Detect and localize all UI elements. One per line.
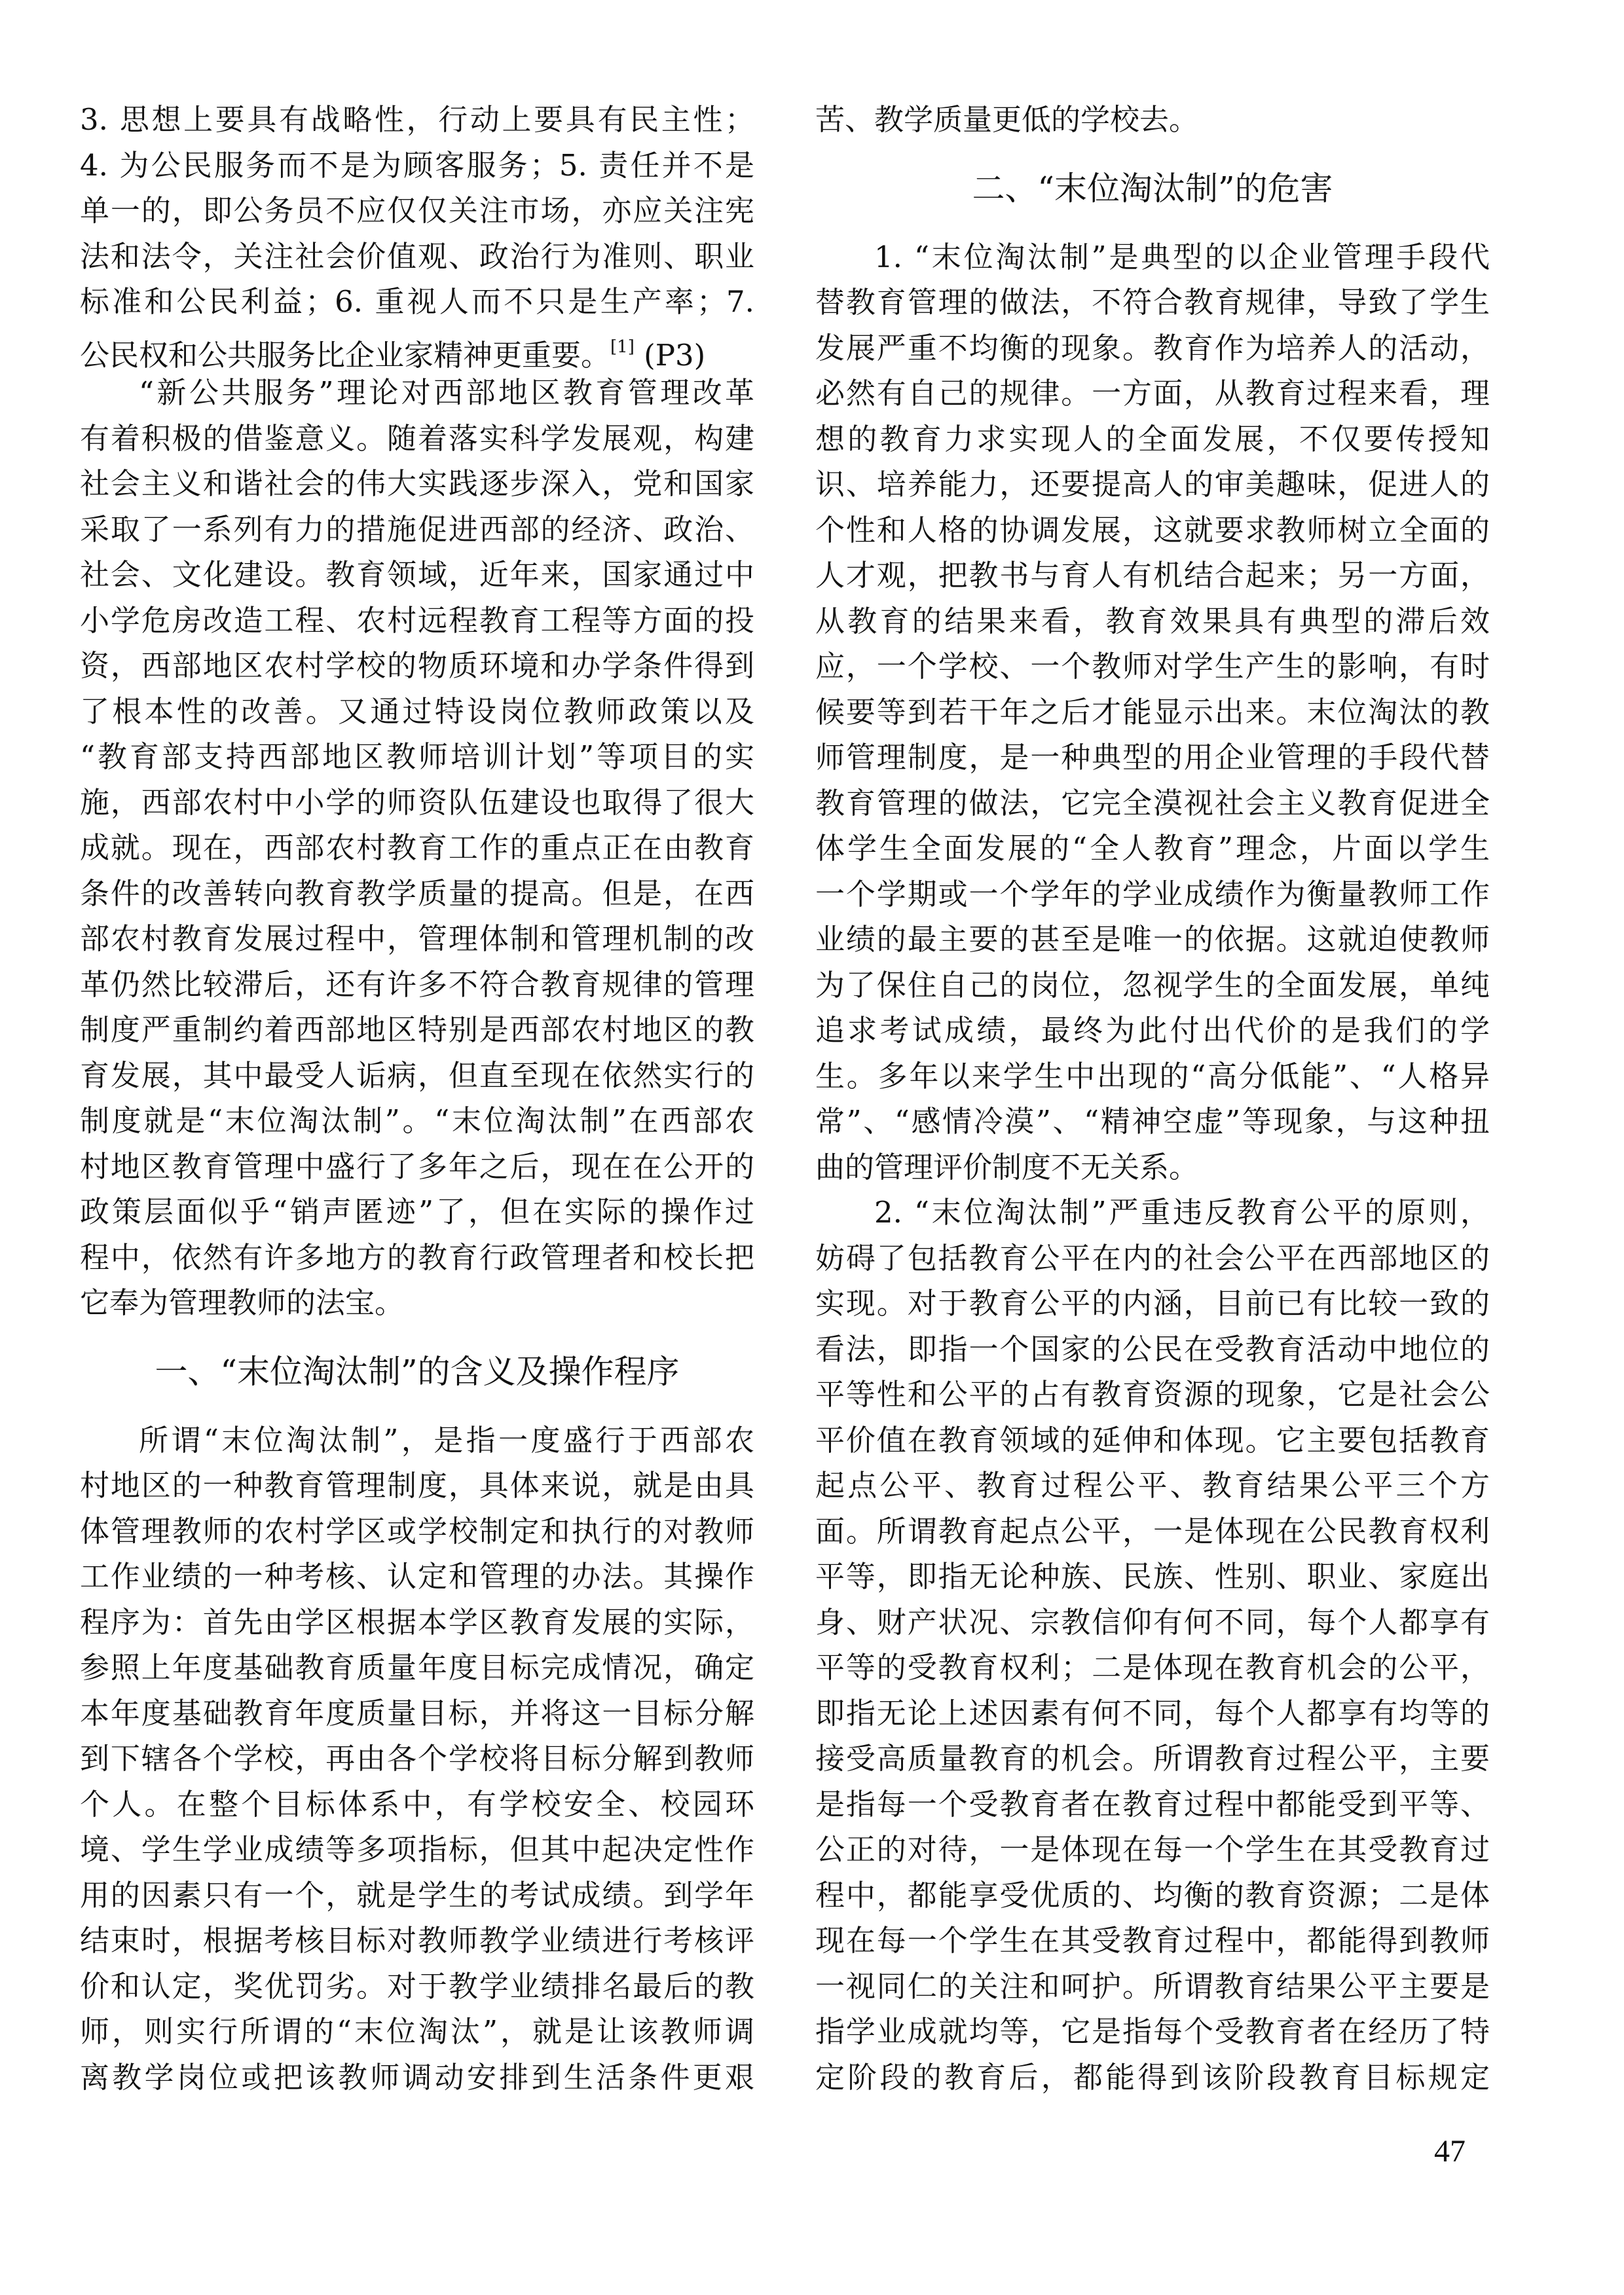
text-line: 必然有自己的规律。一方面，从教育过程来看，理 (815, 371, 1490, 416)
text-line: 离教学岗位或把该教师调动安排到生活条件更艰 (80, 2055, 754, 2101)
text-line: 村地区的一种教育管理制度，具体来说，就是由具 (80, 1463, 754, 1509)
section-heading-2: 二、“末位淘汰制”的危害 (815, 143, 1490, 234)
paragraph-harm-2: 2. “末位淘汰制”严重违反教育公平的原则， 妨碍了包括教育公平在内的社会公平在… (815, 1190, 1490, 2100)
text-line: 一视同仁的关注和呵护。所谓教育结果公平主要是 (815, 1964, 1490, 2010)
text-line: 为了保住自己的岗位，忽视学生的全面发展，单纯 (815, 963, 1490, 1008)
text-line: 定阶段的教育后，都能得到该阶段教育目标规定 (815, 2055, 1490, 2101)
text-line: 程序为：首先由学区根据本学区教育发展的实际， (80, 1600, 754, 1645)
text-line: 曲的管理评价制度不无关系。 (815, 1145, 1490, 1190)
text-line: 一个学期或一个学年的学业成绩作为衡量教师工作 (815, 872, 1490, 917)
text-line: 境、学生学业成绩等多项指标，但其中起决定性作 (80, 1827, 754, 1873)
text-line: 单一的，即公务员不应仅仅关注市场，亦应关注宪 (80, 188, 754, 234)
text-line: 现在每一个学生在其受教育过程中，都能得到教师 (815, 1918, 1490, 1964)
text-line: 体学生全面发展的“全人教育”理念，片面以学生 (815, 826, 1490, 872)
text-line: 2. “末位淘汰制”严重违反教育公平的原则， (815, 1190, 1490, 1236)
text-line: 了根本性的改善。又通过特设岗位教师政策以及 (80, 689, 754, 735)
text-line: 从教育的结果来看，教育效果具有典型的滞后效 (815, 598, 1490, 644)
text-line: 个人。在整个目标体系中，有学校安全、校园环 (80, 1782, 754, 1827)
text-line: 施，西部农村中小学的师资队伍建设也取得了很大 (80, 780, 754, 826)
text-line: 公正的对待，一是体现在每一个学生在其受教育过 (815, 1827, 1490, 1873)
text-line: 发展严重不均衡的现象。教育作为培养人的活动， (815, 325, 1490, 371)
text-line: 常”、“感情冷漠”、“精神空虚”等现象，与这种扭 (815, 1099, 1490, 1145)
paragraph-definition: 所谓“末位淘汰制”，是指一度盛行于西部农 村地区的一种教育管理制度，具体来说，就… (80, 1418, 754, 2101)
text-line: 应，一个学校、一个教师对学生产生的影响，有时 (815, 644, 1490, 689)
text-line: 起点公平、教育过程公平、教育结果公平三个方 (815, 1463, 1490, 1509)
paragraph-harm-1: 1. “末位淘汰制”是典型的以企业管理手段代 替教育管理的做法，不符合教育规律，… (815, 234, 1490, 1190)
text-line: 村地区教育管理中盛行了多年之后，现在在公开的 (80, 1144, 754, 1190)
text-line: 本年度基础教育年度质量目标，并将这一目标分解 (80, 1691, 754, 1736)
text-line: 候要等到若干年之后才能显示出来。末位淘汰的教 (815, 689, 1490, 735)
text-line: 人才观，把教书与育人有机结合起来；另一方面， (815, 553, 1490, 598)
text-line: 结束时，根据考核目标对教师教学业绩进行考核评 (80, 1918, 754, 1964)
text-line: 4. 为公民服务而不是为顾客服务；5. 责任并不是 (80, 143, 754, 189)
text-line: 部农村教育发展过程中，管理体制和管理机制的改 (80, 916, 754, 962)
left-column: 3. 思想上要具有战略性，行动上要具有民主性； 4. 为公民服务而不是为顾客服务… (80, 97, 754, 2100)
right-column: 苦、教学质量更低的学校去。 二、“末位淘汰制”的危害 1. “末位淘汰制”是典型… (815, 97, 1490, 2100)
text-line: 3. 思想上要具有战略性，行动上要具有民主性； (80, 97, 754, 143)
text-line: 识、培养能力，还要提高人的审美趣味，促进人的 (815, 462, 1490, 507)
text-line: 社会主义和谐社会的伟大实践逐步深入，党和国家 (80, 461, 754, 507)
paragraph-new-public-service: “新公共服务”理论对西部地区教育管理改革 有着积极的借鉴意义。随着落实科学发展观… (80, 370, 754, 1326)
text-line: 指学业成就均等，它是指每个受教育者在经历了特 (815, 2009, 1490, 2055)
text-line: 业绩的最主要的甚至是唯一的依据。这就迫使教师 (815, 917, 1490, 963)
text-line: 公民权和公共服务比企业家精神更重要。[1] (P3) (80, 325, 754, 371)
text-line: 程中，依然有许多地方的教育行政管理者和校长把 (80, 1235, 754, 1281)
text-line: 体管理教师的农村学区或学校制定和执行的对教师 (80, 1509, 754, 1554)
text-line: 到下辖各个学校，再由各个学校将目标分解到教师 (80, 1736, 754, 1782)
text-line: 看法，即指一个国家的公民在受教育活动中地位的 (815, 1327, 1490, 1372)
text-line: “教育部支持西部地区教师培训计划”等项目的实 (80, 734, 754, 780)
text-line: 面。所谓教育起点公平，一是体现在公民教育权利 (815, 1509, 1490, 1554)
text-line: 所谓“末位淘汰制”，是指一度盛行于西部农 (80, 1418, 754, 1463)
text-line: 参照上年度基础教育质量年度目标完成情况，确定 (80, 1645, 754, 1691)
text-line: 育发展，其中最受人诟病，但直至现在依然实行的 (80, 1053, 754, 1099)
text-line: 平价值在教育领域的延伸和体现。它主要包括教育 (815, 1418, 1490, 1463)
text-line: 用的因素只有一个，就是学生的考试成绩。到学年 (80, 1873, 754, 1919)
page-number: 47 (1434, 2133, 1466, 2169)
citation-marker: [1] (610, 337, 635, 357)
text-line: 替教育管理的做法，不符合教育规律，导致了学生 (815, 280, 1490, 325)
text-line: 平等，即指无论种族、民族、性别、职业、家庭出 (815, 1554, 1490, 1600)
text-line: 平等性和公平的占有教育资源的现象，它是社会公 (815, 1372, 1490, 1418)
text-line: 平等的受教育权利；二是体现在教育机会的公平， (815, 1645, 1490, 1691)
text-line: 法和法令，关注社会价值观、政治行为准则、职业 (80, 234, 754, 280)
text-line: “新公共服务”理论对西部地区教育管理改革 (80, 370, 754, 416)
text-line: 条件的改善转向教育教学质量的提高。但是，在西 (80, 871, 754, 917)
text-line: 师，则实行所谓的“末位淘汰”，就是让该教师调 (80, 2009, 754, 2055)
text-line: 它奉为管理教师的法宝。 (80, 1280, 754, 1326)
text-line-continuation: 苦、教学质量更低的学校去。 (815, 97, 1490, 143)
text-line: 教育管理的做法，它完全漠视社会主义教育促进全 (815, 780, 1490, 826)
text-line: 有着积极的借鉴意义。随着落实科学发展观，构建 (80, 416, 754, 462)
text-line: 采取了一系列有力的措施促进西部的经济、政治、 (80, 507, 754, 553)
section-heading-1: 一、“末位淘汰制”的含义及操作程序 (80, 1326, 754, 1418)
text-line: 生。多年以来学生中出现的“高分低能”、“人格异 (815, 1054, 1490, 1099)
text-line-content: 公民权和公共服务比企业家精神更重要。 (80, 338, 610, 373)
text-line: 社会、文化建设。教育领域，近年来，国家通过中 (80, 552, 754, 598)
text-line: 即指无论上述因素有何不同，每个人都享有均等的 (815, 1691, 1490, 1736)
text-line: 制度就是“末位淘汰制”。“末位淘汰制”在西部农 (80, 1098, 754, 1144)
page-reference: (P3) (635, 338, 705, 373)
text-line: 妨碍了包括教育公平在内的社会公平在西部地区的 (815, 1236, 1490, 1281)
text-line: 1. “末位淘汰制”是典型的以企业管理手段代 (815, 234, 1490, 280)
text-line: 师管理制度，是一种典型的用企业管理的手段代替 (815, 735, 1490, 780)
text-line: 想的教育力求实现人的全面发展，不仅要传授知 (815, 416, 1490, 462)
text-line: 价和认定，奖优罚劣。对于教学业绩排名最后的教 (80, 1964, 754, 2010)
text-line: 身、财产状况、宗教信仰有何不同，每个人都享有 (815, 1600, 1490, 1645)
text-line: 实现。对于教育公平的内涵，目前已有比较一致的 (815, 1281, 1490, 1327)
text-line: 是指每一个受教育者在教育过程中都能受到平等、 (815, 1782, 1490, 1827)
text-line: 程中，都能享受优质的、均衡的教育资源；二是体 (815, 1873, 1490, 1919)
text-line: 个性和人格的协调发展，这就要求教师树立全面的 (815, 507, 1490, 553)
text-line: 追求考试成绩，最终为此付出代价的是我们的学 (815, 1008, 1490, 1054)
text-line: 工作业绩的一种考核、认定和管理的办法。其操作 (80, 1554, 754, 1600)
text-line: 小学危房改造工程、农村远程教育工程等方面的投 (80, 598, 754, 644)
text-line: 革仍然比较滞后，还有许多不符合教育规律的管理 (80, 962, 754, 1008)
text-line: 成就。现在，西部农村教育工作的重点正在由教育 (80, 825, 754, 871)
text-line: 标准和公民利益；6. 重视人而不只是生产率；7. (80, 279, 754, 325)
text-line: 政策层面似乎“销声匿迹”了，但在实际的操作过 (80, 1189, 754, 1235)
paragraph-principles-list: 3. 思想上要具有战略性，行动上要具有民主性； 4. 为公民服务而不是为顾客服务… (80, 97, 754, 370)
text-line: 制度严重制约着西部地区特别是西部农村地区的教 (80, 1007, 754, 1053)
text-line: 资，西部地区农村学校的物质环境和办学条件得到 (80, 643, 754, 689)
text-line: 接受高质量教育的机会。所谓教育过程公平，主要 (815, 1736, 1490, 1782)
